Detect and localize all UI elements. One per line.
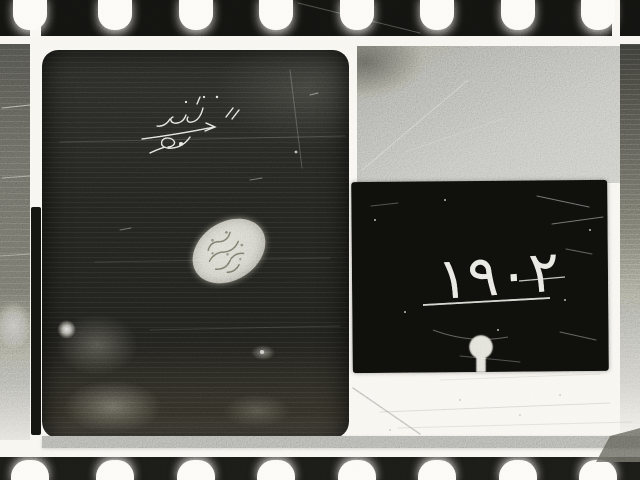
oval-seal-stamp	[180, 205, 277, 296]
sprocket-hole	[420, 0, 454, 30]
microfilm-frame-scan: ١٩٠٢	[0, 0, 640, 480]
sprocket-hole	[338, 460, 376, 480]
frame-panel-gray	[357, 46, 620, 183]
sprocket-hole	[177, 460, 215, 480]
frame-gap-shadow	[31, 207, 41, 435]
sprocket-hole	[13, 0, 47, 30]
sprocket-hole	[259, 0, 293, 30]
sprocket-hole	[96, 460, 134, 480]
exposure-gray-band	[42, 436, 640, 448]
sprocket-hole	[501, 0, 535, 30]
film-edge-top	[0, 0, 640, 36]
sprocket-hole	[499, 460, 537, 480]
sprocket-hole	[98, 0, 132, 30]
sprocket-hole	[11, 460, 49, 480]
film-edge-bottom	[0, 457, 640, 480]
film-edge-left	[0, 44, 30, 440]
manuscript-cover	[42, 50, 349, 438]
sprocket-hole	[418, 460, 456, 480]
stamp-inscription	[180, 205, 277, 296]
sprocket-hole	[179, 0, 213, 30]
sprocket-hole	[340, 0, 374, 30]
sprocket-hole	[581, 0, 615, 30]
film-edge-right	[620, 44, 640, 440]
sprocket-hole	[257, 460, 295, 480]
sprocket-hole	[579, 460, 617, 480]
frame-panel-black-board	[351, 180, 609, 373]
